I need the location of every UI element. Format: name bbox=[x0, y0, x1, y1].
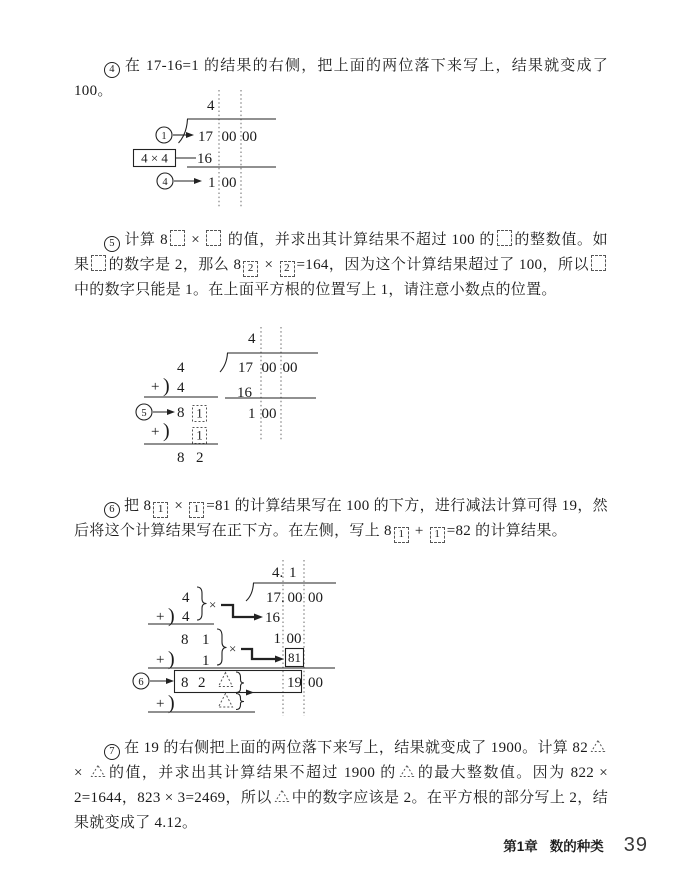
step5-arrowhead bbox=[167, 409, 175, 415]
quotient-digit: 4 bbox=[207, 98, 215, 114]
step4-label: 4 bbox=[162, 177, 168, 188]
circled-number-5: 5 bbox=[104, 236, 120, 252]
footer-chapter: 第1章 bbox=[503, 835, 538, 855]
dashed-box-2: 2 bbox=[280, 261, 295, 277]
footer-page-number: 39 bbox=[624, 834, 648, 857]
product-81: 81 bbox=[288, 650, 301, 665]
diagram-sqrt-step5: 4 17 00 00 16 1 00 4 + ) 4 5 8 1 + ) 1 8… bbox=[135, 325, 335, 470]
step7-text-2: × bbox=[74, 765, 88, 781]
quotient-digit-2: 1 bbox=[289, 565, 297, 581]
brought-down-00: 00 bbox=[308, 675, 323, 691]
footer-section: 数的种类 bbox=[550, 835, 604, 855]
step6-text-1: 把 8 bbox=[124, 498, 151, 514]
left-addend-1: 4 bbox=[177, 360, 185, 376]
step1-label: 1 bbox=[161, 131, 166, 142]
product-arrowhead-1 bbox=[254, 614, 263, 621]
plus-sign-3: + bbox=[156, 696, 164, 712]
step7-text-1: 在 19 的右侧把上面的两位落下来写上，结果就变成了 1900。计算 82 bbox=[124, 740, 588, 756]
step5-text-7: =164，因为这个计算结果超过了 100，所以 bbox=[297, 257, 589, 273]
radical-sign bbox=[246, 583, 254, 601]
radical-sign bbox=[179, 119, 188, 143]
remainder-19: 19 bbox=[287, 675, 302, 691]
dashed-box-empty bbox=[206, 230, 221, 246]
subtrahend: 16 bbox=[265, 610, 281, 626]
plus-sign-2: + bbox=[151, 424, 159, 440]
plus-sign-1: + bbox=[151, 379, 159, 395]
brace-4 bbox=[236, 694, 244, 710]
dashed-box-empty bbox=[170, 230, 185, 246]
dashed-triangle-icon bbox=[90, 764, 106, 778]
step6-label: 6 bbox=[138, 677, 143, 688]
row-82-box bbox=[175, 671, 302, 693]
circled-number-4: 4 bbox=[104, 62, 120, 78]
remainder-digit: 1 bbox=[248, 406, 256, 422]
step4-arrowhead bbox=[194, 178, 202, 184]
left-sum-digit-8: 8 bbox=[177, 405, 185, 421]
step6-text-2: × bbox=[170, 498, 187, 514]
dividend-group-2: 00 bbox=[288, 590, 303, 606]
quotient-digit: 4 bbox=[248, 331, 256, 347]
dashed-triangle-icon bbox=[590, 739, 606, 753]
dashed-box-1: 1 bbox=[394, 527, 409, 543]
step6-text-4: + bbox=[411, 523, 428, 539]
paragraph-step5: 5计算 8 × 的值，并求出其计算结果不超过 100 的的整数值。如果的数字是 … bbox=[74, 228, 608, 303]
factor-box-label: 4 × 4 bbox=[141, 151, 168, 166]
paragraph-step6: 6把 81 × 1=81 的计算结果写在 100 的下方，进行减法计算可得 19… bbox=[74, 494, 608, 544]
step1-arrowhead bbox=[186, 132, 194, 138]
left-row5-digit-2: 2 bbox=[198, 675, 206, 691]
step5-text-5: 的数字是 2，那么 8 bbox=[108, 257, 241, 273]
times-sign-1: × bbox=[209, 597, 216, 612]
dashed-box-1: 1 bbox=[189, 502, 204, 518]
subtrahend: 16 bbox=[197, 151, 213, 167]
dashed-triangle-icon bbox=[399, 764, 415, 778]
left-row3-digit-8: 8 bbox=[181, 632, 189, 648]
product-arrow-1 bbox=[221, 605, 257, 617]
dashed-triangle-2 bbox=[219, 694, 233, 708]
step5-label: 5 bbox=[141, 408, 146, 419]
step5-text-8: 中的数字只能是 1。在上面平方根的位置写上 1，请注意小数点的位置。 bbox=[74, 282, 557, 298]
diagram-sqrt-step6: 4. 1 17. 00 00 4 × + ) 4 16 1 00 8 1 × +… bbox=[130, 558, 345, 720]
dashed-box-1: 1 bbox=[153, 502, 168, 518]
step5-text-2: × bbox=[187, 232, 205, 248]
circled-number-6: 6 bbox=[104, 502, 120, 518]
page-footer: 第1章 数的种类 39 bbox=[0, 834, 648, 857]
dividend-group-1: 17. bbox=[266, 590, 285, 606]
dashed-digit-1: 1 bbox=[196, 406, 203, 421]
times-sign-2: × bbox=[229, 641, 236, 656]
remainder-digit: 1 bbox=[274, 631, 282, 647]
radical-sign bbox=[220, 353, 228, 372]
addition-paren-2: ) bbox=[163, 420, 170, 442]
left-sum-result-2: 2 bbox=[196, 450, 204, 466]
left-row3-digit-1: 1 bbox=[202, 632, 210, 648]
left-addend-1: 4 bbox=[182, 590, 190, 606]
step5-text-1: 计算 8 bbox=[124, 232, 168, 248]
step6-arrowhead bbox=[166, 678, 174, 684]
left-sum-result-8: 8 bbox=[177, 450, 185, 466]
dividend-group-2: 00 bbox=[262, 360, 277, 376]
step5-text-6: × bbox=[260, 257, 277, 273]
dashed-box-empty bbox=[497, 230, 512, 246]
dashed-box-2: 2 bbox=[243, 261, 258, 277]
circled-number-7: 7 bbox=[104, 744, 120, 760]
dashed-triangle-icon bbox=[274, 789, 290, 803]
quotient-digit-1: 4. bbox=[272, 565, 283, 581]
step6-text-5: =82 的计算结果。 bbox=[447, 523, 567, 539]
step7-text-3: 的值，并求出其计算结果不超过 1900 的 bbox=[108, 765, 397, 781]
dividend-group-3: 00 bbox=[308, 590, 323, 606]
product-arrowhead-2 bbox=[275, 656, 284, 663]
brought-down-digits: 00 bbox=[222, 175, 237, 191]
subtrahend: 16 bbox=[237, 385, 253, 401]
dividend-group-3: 00 bbox=[283, 360, 298, 376]
brace-3 bbox=[236, 672, 244, 693]
dashed-triangle-1 bbox=[219, 673, 233, 687]
dividend-group-2: 00 bbox=[222, 129, 237, 145]
left-row5-digit-8: 8 bbox=[181, 675, 189, 691]
dashed-box-empty bbox=[91, 255, 106, 271]
dashed-digit-2: 1 bbox=[196, 428, 203, 443]
step5-text-3: 的值，并求出其计算结果不超过 100 的 bbox=[223, 232, 495, 248]
brace-1 bbox=[197, 587, 207, 620]
paragraph-step7: 7在 19 的右侧把上面的两位落下来写上，结果就变成了 1900。计算 82 ×… bbox=[74, 736, 608, 836]
dividend-group-1: 17 bbox=[198, 129, 214, 145]
plus-sign-1: + bbox=[156, 609, 164, 625]
addition-paren-1: ) bbox=[163, 375, 170, 397]
addition-paren-2: ) bbox=[168, 648, 175, 670]
left-addend-2: 4 bbox=[177, 380, 185, 396]
dashed-box-1: 1 bbox=[430, 527, 445, 543]
box-edge-arrowhead bbox=[246, 690, 254, 696]
remainder-digit: 1 bbox=[208, 175, 216, 191]
brought-down-digits: 00 bbox=[287, 631, 302, 647]
left-addend-2: 4 bbox=[182, 609, 190, 625]
dividend-group-1: 17 bbox=[238, 360, 254, 376]
dashed-box-empty bbox=[591, 255, 606, 271]
diagram-sqrt-step4: 4 1 17 00 00 4 × 4 16 4 1 00 bbox=[130, 88, 340, 216]
dividend-group-3: 00 bbox=[242, 129, 257, 145]
addition-paren-3: ) bbox=[168, 692, 175, 714]
plus-sign-2: + bbox=[156, 652, 164, 668]
brace-2 bbox=[217, 629, 227, 665]
brought-down-digits: 00 bbox=[262, 406, 277, 422]
product-arrow-2 bbox=[241, 649, 278, 659]
left-row4-digit-1: 1 bbox=[202, 653, 210, 669]
book-page: 4在 17-16=1 的结果的右侧，把上面的两位落下来写上，结果就变成了 100… bbox=[0, 0, 679, 885]
